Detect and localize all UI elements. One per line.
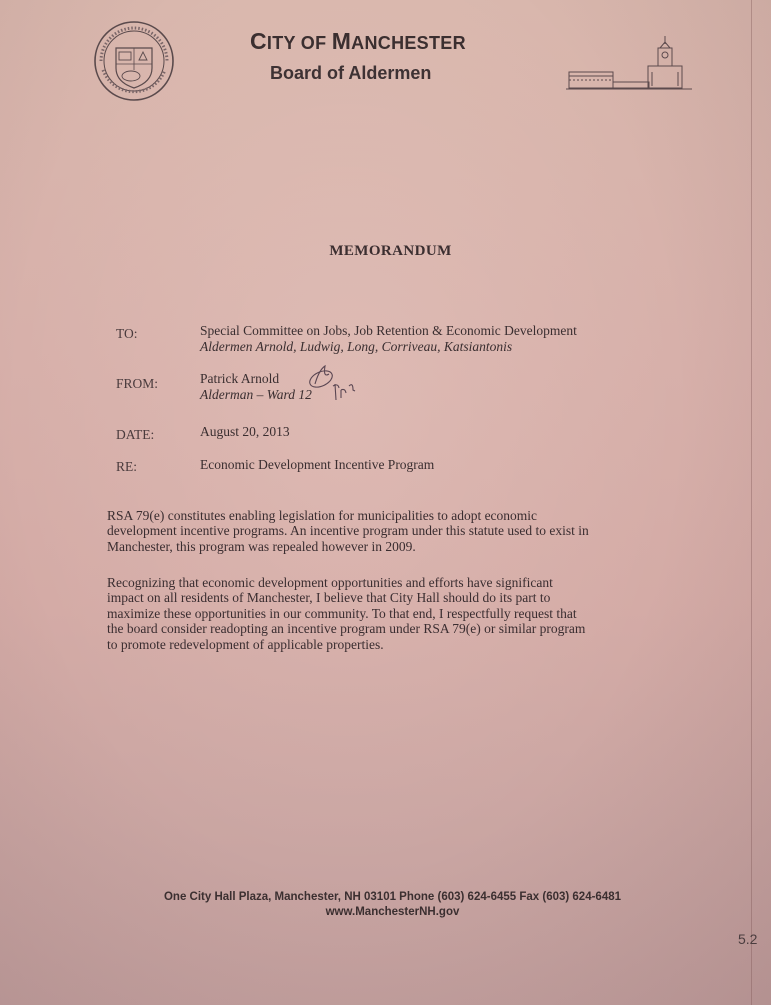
body-line: Manchester, this program was repealed ho… bbox=[107, 539, 667, 554]
re-label: RE: bbox=[116, 459, 137, 475]
page-number: 5.2 bbox=[738, 931, 757, 947]
body-paragraph-1: RSA 79(e) constitutes enabling legislati… bbox=[107, 508, 667, 554]
memo-title: MEMORANDUM bbox=[0, 243, 771, 260]
handwritten-signature-icon bbox=[305, 360, 385, 410]
body-line: to promote redevelopment of applicable p… bbox=[107, 637, 667, 652]
body-paragraph-2: Recognizing that economic development op… bbox=[107, 575, 667, 652]
board-name-heading: Board of Aldermen bbox=[270, 63, 431, 84]
footer-address: One City Hall Plaza, Manchester, NH 0310… bbox=[0, 891, 771, 903]
to-recipient: Special Committee on Jobs, Job Retention… bbox=[200, 323, 577, 339]
city-name-heading: CITY OF MANCHESTER bbox=[250, 28, 466, 55]
body-line: development incentive programs. An incen… bbox=[107, 523, 667, 538]
paper-fold-line bbox=[751, 0, 752, 1005]
photo-vignette bbox=[0, 0, 771, 1005]
from-title: Alderman – Ward 12 bbox=[200, 387, 312, 403]
city-hall-building-icon bbox=[566, 30, 696, 92]
body-line: RSA 79(e) constitutes enabling legislati… bbox=[107, 508, 667, 523]
body-line: the board consider readopting an incenti… bbox=[107, 621, 667, 636]
to-recipient-names: Aldermen Arnold, Ludwig, Long, Corriveau… bbox=[200, 339, 512, 355]
body-line: maximize these opportunities in our comm… bbox=[107, 606, 667, 621]
footer-website: www.ManchesterNH.gov bbox=[0, 906, 771, 918]
from-name: Patrick Arnold bbox=[200, 371, 279, 387]
city-seal-icon bbox=[91, 20, 177, 102]
body-line: impact on all residents of Manchester, I… bbox=[107, 590, 667, 605]
date-label: DATE: bbox=[116, 427, 154, 443]
to-label: TO: bbox=[116, 326, 138, 342]
from-label: FROM: bbox=[116, 376, 158, 392]
body-line: Recognizing that economic development op… bbox=[107, 575, 667, 590]
date-value: August 20, 2013 bbox=[200, 424, 290, 440]
re-subject: Economic Development Incentive Program bbox=[200, 457, 434, 473]
